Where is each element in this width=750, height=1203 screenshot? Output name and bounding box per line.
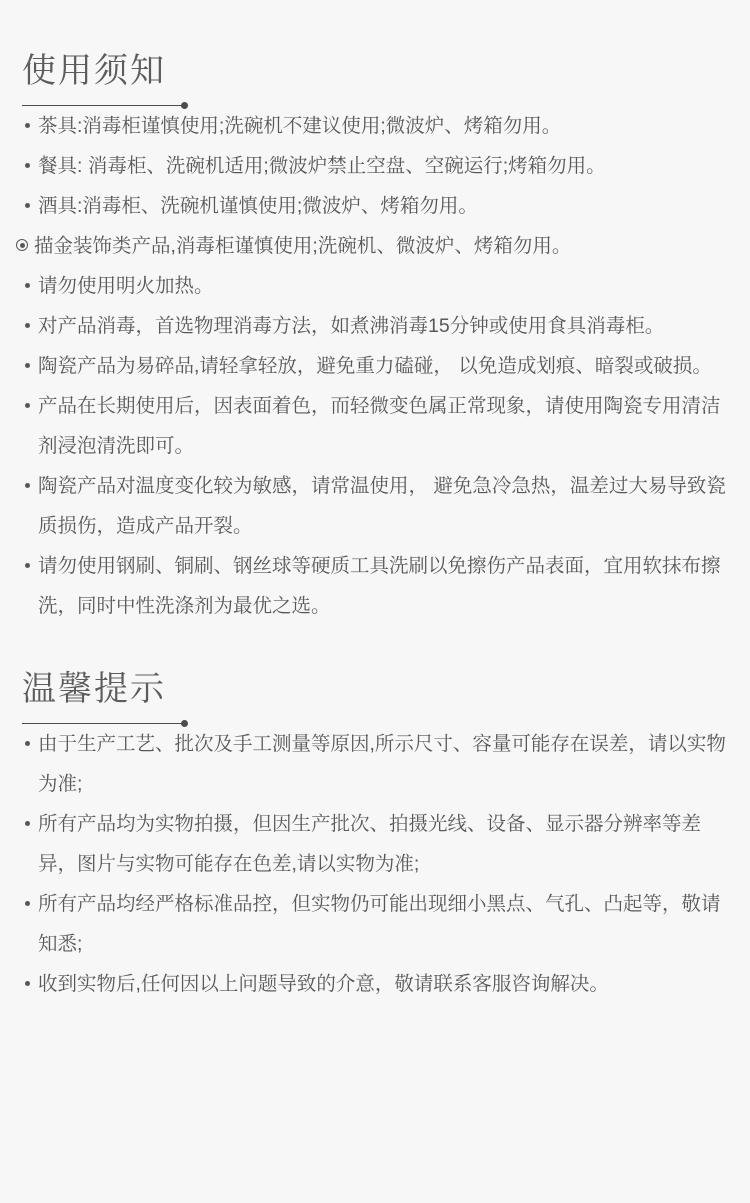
list-item: 酒具:消毒柜、洗碗机谨慎使用;微波炉、烤箱勿用。 [22,186,726,226]
item-text: 所有产品均为实物拍摄，但因生产批次、拍摄光线、设备、显示器分辨率等差异，图片与实… [38,804,726,884]
bullet-icon [22,266,38,306]
bullet-icon [22,106,38,146]
bullet-icon [22,466,38,506]
section-title-warm-tips: 温馨提示 [22,670,726,709]
bullet-icon [22,346,38,386]
item-text: 请勿使用明火加热。 [38,266,726,306]
list-item: 请勿使用钢刷、铜刷、钢丝球等硬质工具洗刷以免擦伤产品表面，宜用软抹布擦洗，同时中… [22,546,726,626]
list-item: 陶瓷产品对温度变化较为敏感，请常温使用， 避免急冷急热，温差过大易导致瓷质损伤，… [22,466,726,546]
item-text: 餐具: 消毒柜、洗碗机适用;微波炉禁止空盘、空碗运行;烤箱勿用。 [38,146,726,186]
item-text: 产品在长期使用后，因表面着色，而轻微变色属正常现象，请使用陶瓷专用清洁剂浸泡清洗… [38,386,726,466]
item-text: 陶瓷产品对温度变化较为敏感，请常温使用， 避免急冷急热，温差过大易导致瓷质损伤，… [38,466,726,546]
bullet-icon [22,546,38,586]
item-text: 由于生产工艺、批次及手工测量等原因,所示尺寸、容量可能存在误差，请以实物为准; [38,724,726,804]
item-text: 请勿使用钢刷、铜刷、钢丝球等硬质工具洗刷以免擦伤产品表面，宜用软抹布擦洗，同时中… [38,546,726,626]
title-underline [22,723,185,724]
item-text: 茶具:消毒柜谨慎使用;洗碗机不建议使用;微波炉、烤箱勿用。 [38,106,726,146]
list-item: 由于生产工艺、批次及手工测量等原因,所示尺寸、容量可能存在误差，请以实物为准; [22,724,726,804]
bullet-icon [22,146,38,186]
bullet-icon [22,306,38,346]
bullet-icon [22,186,38,226]
bullet-icon [22,964,38,1004]
title-underline [22,105,185,106]
list-item: 陶瓷产品为易碎品,请轻拿轻放，避免重力磕碰， 以免造成划痕、暗裂或破损。 [22,346,726,386]
usage-notes-section: 使用须知 茶具:消毒柜谨慎使用;洗碗机不建议使用;微波炉、烤箱勿用。 餐具: 消… [22,52,726,626]
bullet-icon [22,884,38,924]
item-text: 收到实物后,任何因以上问题导致的介意，敬请联系客服咨询解决。 [38,964,726,1004]
list-item: 请勿使用明火加热。 [22,266,726,306]
item-text: 所有产品均经严格标准品控，但实物仍可能出现细小黑点、气孔、凸起等，敬请知悉; [38,884,726,964]
item-text: 描金装饰类产品,消毒柜谨慎使用;洗碗机、微波炉、烤箱勿用。 [34,226,726,266]
care-instructions-list: 请勿使用明火加热。 对产品消毒，首选物理消毒方法，如煮沸消毒15分钟或使用食具消… [22,266,726,626]
item-text: 酒具:消毒柜、洗碗机谨慎使用;微波炉、烤箱勿用。 [38,186,726,226]
list-item: 对产品消毒，首选物理消毒方法，如煮沸消毒15分钟或使用食具消毒柜。 [22,306,726,346]
list-item: 餐具: 消毒柜、洗碗机适用;微波炉禁止空盘、空碗运行;烤箱勿用。 [22,146,726,186]
warm-tips-list: 由于生产工艺、批次及手工测量等原因,所示尺寸、容量可能存在误差，请以实物为准; … [22,724,726,1004]
list-item: 描金装饰类产品,消毒柜谨慎使用;洗碗机、微波炉、烤箱勿用。 [22,226,726,266]
warm-tips-section: 温馨提示 由于生产工艺、批次及手工测量等原因,所示尺寸、容量可能存在误差，请以实… [22,670,726,1004]
list-item: 所有产品均经严格标准品控，但实物仍可能出现细小黑点、气孔、凸起等，敬请知悉; [22,884,726,964]
radio-bullet-icon [16,226,34,266]
product-notes-page: 使用须知 茶具:消毒柜谨慎使用;洗碗机不建议使用;微波炉、烤箱勿用。 餐具: 消… [0,0,750,1203]
list-item: 收到实物后,任何因以上问题导致的介意，敬请联系客服咨询解决。 [22,964,726,1004]
bullet-icon [22,804,38,844]
list-item: 产品在长期使用后，因表面着色，而轻微变色属正常现象，请使用陶瓷专用清洁剂浸泡清洗… [22,386,726,466]
list-item: 所有产品均为实物拍摄，但因生产批次、拍摄光线、设备、显示器分辨率等差异，图片与实… [22,804,726,884]
appliance-usage-list: 茶具:消毒柜谨慎使用;洗碗机不建议使用;微波炉、烤箱勿用。 餐具: 消毒柜、洗碗… [22,106,726,266]
item-text: 对产品消毒，首选物理消毒方法，如煮沸消毒15分钟或使用食具消毒柜。 [38,306,726,346]
bullet-icon [22,386,38,426]
section-title-usage-notes: 使用须知 [22,52,726,91]
bullet-icon [22,724,38,764]
list-item: 茶具:消毒柜谨慎使用;洗碗机不建议使用;微波炉、烤箱勿用。 [22,106,726,146]
item-text: 陶瓷产品为易碎品,请轻拿轻放，避免重力磕碰， 以免造成划痕、暗裂或破损。 [38,346,726,386]
